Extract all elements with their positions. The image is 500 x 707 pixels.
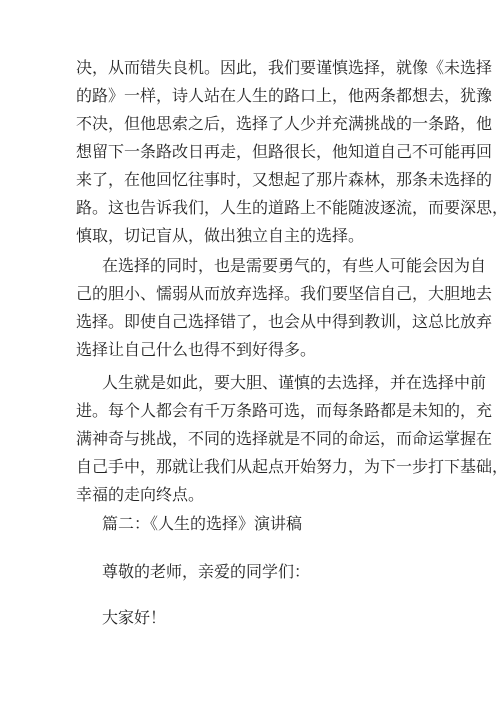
paragraph-1-line-4: 想留下一条路改日再走，但路很长，他知道自己不可能再回	[76, 142, 424, 162]
paragraph-2-line-3: 选择。即使自己选择错了，也会从中得到教训，这总比放弃	[76, 312, 424, 332]
document-page: 决，从而错失良机。因此，我们要谨慎选择，就像《未选择 的路》一样，诗人站在人生的…	[0, 0, 500, 707]
paragraph-3-line-5: 幸福的走向终点。	[76, 485, 424, 505]
paragraph-3-line-4: 自己手中，那就让我们从起点开始努力，为下一步打下基础，	[76, 457, 424, 477]
paragraph-1-line-6: 路。这也告诉我们，人生的道路上不能随波逐流，而要深思，	[76, 198, 424, 218]
paragraph-1-line-7: 慎取，切记盲从，做出独立自主的选择。	[76, 226, 424, 246]
paragraph-1-line-2: 的路》一样，诗人站在人生的路口上，他两条都想去，犹豫	[76, 86, 424, 106]
paragraph-1-line-3: 不决，但他思索之后，选择了人少并充满挑战的一条路，他	[76, 114, 424, 134]
section-title: 篇二：《人生的选择》演讲稿	[102, 514, 302, 534]
paragraph-3-line-1: 人生就是如此，要大胆、谨慎的去选择，并在选择中前	[102, 373, 424, 393]
paragraph-3-line-3: 满神奇与挑战，不同的选择就是不同的命运，而命运掌握在	[76, 429, 424, 449]
paragraph-2-line-4: 选择让自己什么也得不到好得多。	[76, 340, 424, 360]
paragraph-2-line-2: 己的胆小、懦弱从而放弃选择。我们要坚信自己，大胆地去	[76, 284, 424, 304]
greeting: 大家好！	[102, 608, 166, 628]
salutation: 尊敬的老师，亲爱的同学们：	[102, 562, 310, 582]
paragraph-1-line-1: 决，从而错失良机。因此，我们要谨慎选择，就像《未选择	[76, 58, 424, 78]
paragraph-3-line-2: 进。每个人都会有千万条路可选，而每条路都是未知的，充	[76, 401, 424, 421]
paragraph-2-line-1: 在选择的同时，也是需要勇气的，有些人可能会因为自	[102, 256, 424, 276]
paragraph-1-line-5: 来了，在他回忆往事时，又想起了那片森林，那条未选择的	[76, 170, 424, 190]
